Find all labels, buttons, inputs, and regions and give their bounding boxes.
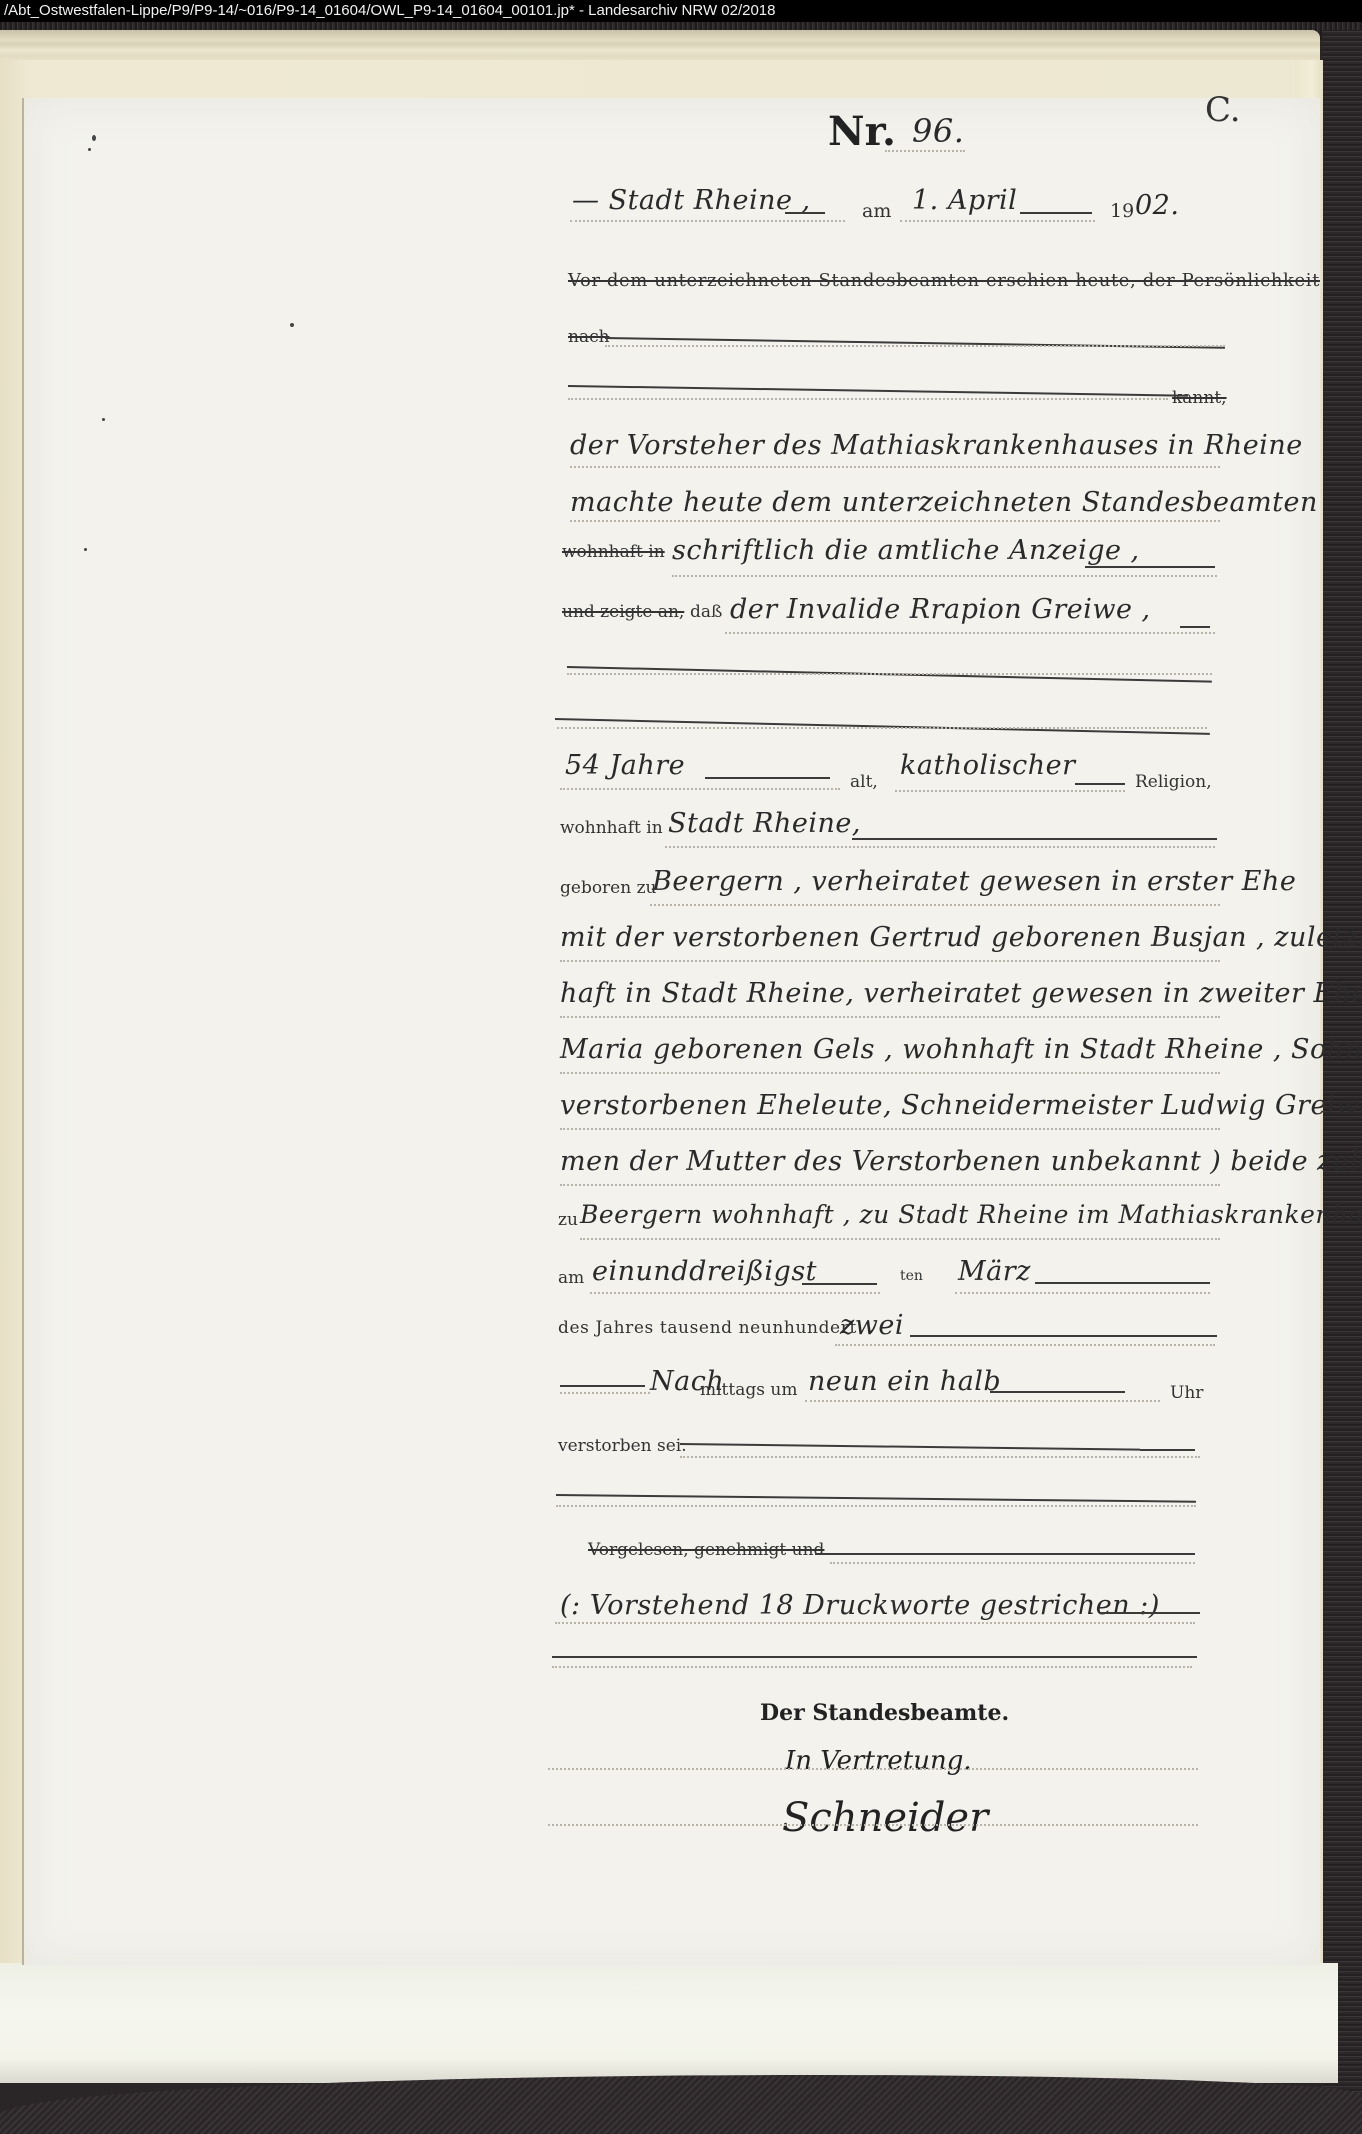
- struck-intro-line: Vor dem unterzeichneten Standesbeamten e…: [568, 270, 1320, 291]
- dotline: [557, 727, 1207, 729]
- dotline: [560, 1128, 1220, 1130]
- ten-label: ten: [900, 1268, 923, 1284]
- dotline: [560, 1016, 1220, 1018]
- birth-line-5: verstorbenen Eheleute, Schneidermeister …: [560, 1090, 1362, 1121]
- informant-line-2: machte heute dem unterzeichneten Standes…: [570, 487, 1318, 518]
- fill-dash: [1085, 566, 1215, 568]
- death-time-value: neun ein halb: [808, 1366, 1001, 1397]
- dotline: [590, 1292, 880, 1294]
- fill-line: [556, 1494, 1196, 1503]
- fill-line: [552, 1656, 1197, 1658]
- dotline: [560, 1072, 1220, 1074]
- dotline: [955, 1292, 1210, 1294]
- correction-note: (: Vorstehend 18 Druckworte gestrichen :…: [560, 1590, 1160, 1621]
- signature-dotline: [548, 1768, 1198, 1770]
- fill-dash: [1075, 783, 1125, 785]
- signature-dotline: [548, 1824, 1198, 1826]
- civil-death-register-form: C. Nr. 96. — Stadt Rheine , am 1. April …: [0, 0, 1362, 2134]
- dotline: [830, 1562, 1195, 1564]
- dotline: [568, 398, 1168, 400]
- wohnhaft-label: wohnhaft in: [560, 818, 663, 838]
- place-value: — Stadt Rheine ,: [572, 185, 811, 216]
- corner-mark: C.: [1205, 90, 1241, 130]
- uhr-label: Uhr: [1170, 1383, 1203, 1403]
- geboren-label: geboren zu: [560, 878, 657, 898]
- dotline: [805, 1400, 1160, 1402]
- dotline: [555, 1622, 1195, 1624]
- registrar-signature: Schneider: [782, 1795, 988, 1841]
- struck-nach-label: nach: [568, 327, 610, 347]
- strike-line: [568, 385, 1188, 397]
- date-value: 1. April: [912, 185, 1017, 216]
- dotline: [560, 1184, 1220, 1186]
- registrar-heading: Der Standesbeamte.: [760, 1700, 1009, 1726]
- fill-dash: [910, 1335, 1217, 1337]
- dass-label: daß: [690, 602, 722, 622]
- dotline: [567, 673, 1212, 675]
- dotline: [560, 960, 1220, 962]
- date-dotline: [900, 220, 1095, 222]
- fill-dash: [802, 1283, 877, 1285]
- verstorben-label: verstorben sei.: [558, 1436, 687, 1456]
- dotline: [665, 846, 1215, 848]
- dotline: [895, 790, 1125, 792]
- fill-dash: [852, 838, 1217, 840]
- informant-line-4: der Invalide Rrapion Greiwe ,: [730, 594, 1151, 625]
- year-prefix: 19: [1110, 200, 1134, 222]
- fill-dash: [1180, 626, 1210, 628]
- birth-line-4: Maria geborenen Gels , wohnhaft in Stadt…: [560, 1034, 1362, 1065]
- dotline: [570, 466, 1220, 468]
- fill-line: [1140, 1449, 1195, 1451]
- record-number-value: 96.: [912, 112, 964, 150]
- religion-label: Religion,: [1135, 772, 1212, 792]
- year-label: des Jahres tausend neunhundert: [558, 1318, 857, 1338]
- am-label: am: [862, 200, 891, 222]
- dotline: [552, 1666, 1192, 1668]
- birth-line-2: mit der verstorbenen Gertrud geborenen B…: [560, 922, 1362, 953]
- dotline: [725, 632, 1215, 634]
- informant-line-1: der Vorsteher des Mathiaskrankenhauses i…: [570, 430, 1303, 461]
- struck-wohnhaft-label: wohnhaft in: [562, 542, 665, 562]
- religion-value: katholischer: [900, 750, 1075, 781]
- fill-dash: [1100, 1612, 1200, 1614]
- fill-dash: [1035, 1282, 1210, 1284]
- birth-line-3: haft in Stadt Rheine, verheiratet gewese…: [560, 978, 1362, 1009]
- death-place-line: Beergern wohnhaft , zu Stadt Rheine im M…: [580, 1200, 1362, 1229]
- dotline: [570, 520, 1220, 522]
- year-suffix: 02.: [1135, 190, 1179, 221]
- mittags-label: mittags um: [700, 1380, 797, 1400]
- zu-label: zu: [558, 1210, 578, 1230]
- residence-value: Stadt Rheine,: [668, 808, 861, 839]
- fill-dash: [785, 212, 825, 214]
- representation-note: In Vertretung.: [785, 1746, 972, 1776]
- dotline: [560, 1392, 650, 1394]
- fill-dash: [1020, 212, 1092, 214]
- strike-line: [815, 1553, 1195, 1555]
- record-number-label: Nr.: [828, 108, 896, 155]
- dotline: [560, 788, 840, 790]
- death-day-value: einunddreißigst: [592, 1256, 817, 1287]
- place-dotline: [570, 220, 845, 222]
- fill-dash: [990, 1391, 1125, 1393]
- death-month-value: März: [958, 1256, 1031, 1287]
- dotline: [605, 345, 1225, 347]
- birth-line-6: men der Mutter des Verstorbenen unbekann…: [560, 1146, 1362, 1177]
- dotline: [680, 1456, 1200, 1458]
- dotline: [835, 1344, 1215, 1346]
- death-year-value: zwei: [840, 1310, 904, 1341]
- fill-dash: [560, 1385, 645, 1387]
- age-value: 54 Jahre: [565, 750, 685, 781]
- record-number-dotline: [885, 150, 965, 152]
- struck-kannt-label: kannt,: [1172, 388, 1227, 408]
- struck-zeigte-label: und zeigte an,: [562, 602, 684, 622]
- dotline: [556, 1505, 1196, 1507]
- birth-line-1: Beergern , verheiratet gewesen in erster…: [652, 866, 1296, 897]
- informant-line-3: schriftlich die amtliche Anzeige ,: [672, 535, 1140, 566]
- alt-label: alt,: [850, 772, 878, 792]
- struck-vorgelesen-label: Vorgelesen, genehmigt und: [588, 1540, 824, 1560]
- fill-line: [680, 1443, 1140, 1451]
- dotline: [672, 575, 1217, 577]
- dotline: [650, 904, 1220, 906]
- dotline: [580, 1238, 1220, 1240]
- fill-dash: [705, 777, 830, 779]
- am-label-2: am: [558, 1268, 584, 1288]
